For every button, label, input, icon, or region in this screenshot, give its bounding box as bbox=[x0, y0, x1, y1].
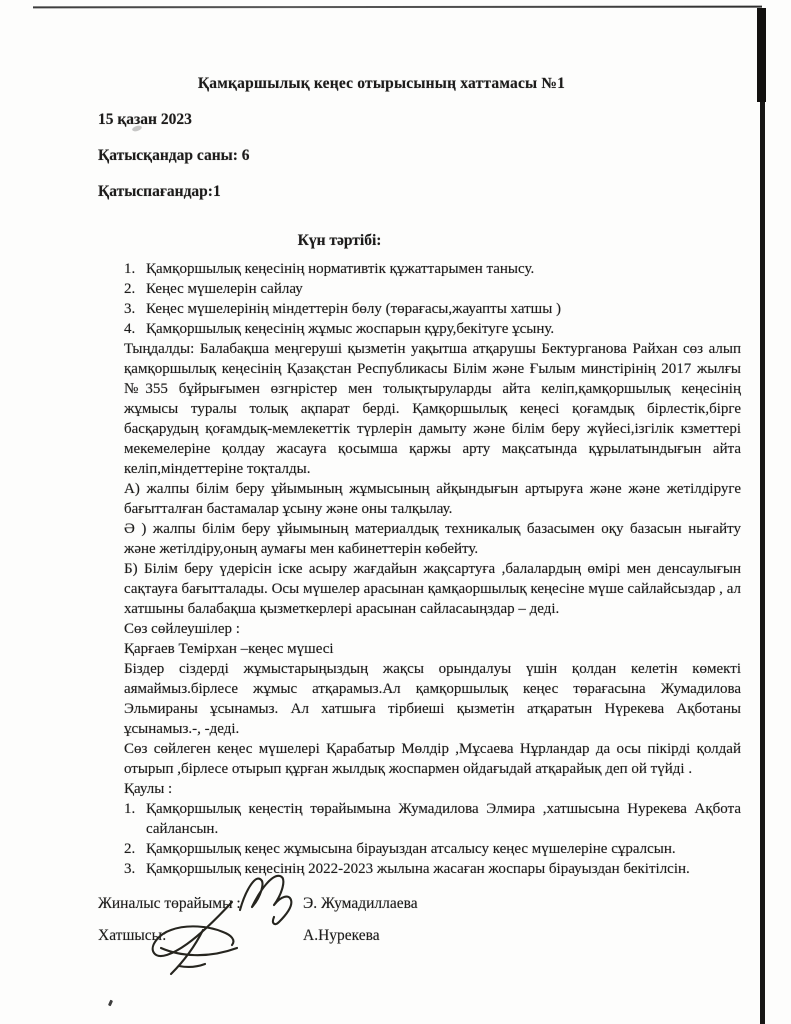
agenda-list: Қамқоршылық кеңесінің нормативтік құжатт… bbox=[124, 259, 741, 339]
secretary-signature bbox=[135, 896, 253, 976]
agenda-item: Қамқоршылық кеңесінің жұмыс жоспарын құр… bbox=[124, 319, 741, 339]
resolution-item: Қамқоршылық кеңестің төрайымына Жумадило… bbox=[124, 799, 741, 839]
chairperson-name: Э. Жумадиллаева bbox=[303, 894, 418, 914]
speakers-heading: Сөз сөйлеушілер : bbox=[124, 619, 741, 639]
agenda-item: Кеңес мүшелерін сайлау bbox=[124, 279, 741, 299]
absentees-count-line: Қатыспағандар:1 bbox=[98, 182, 741, 202]
agenda-heading: Күн тәртібі: bbox=[18, 231, 661, 251]
point-b-paragraph: Б) Білім беру үдерісін іске асыру жағдай… bbox=[124, 559, 741, 619]
resolution-heading: Қаулы : bbox=[124, 779, 741, 799]
resolution-item: Қамқоршылық кеңес жұмысына бірауыздан ат… bbox=[124, 839, 741, 859]
speaker-name-line: Қарғаев Темірхан –кеңес мүшесі bbox=[124, 639, 741, 659]
agenda-item: Қамқоршылық кеңесінің нормативтік құжатт… bbox=[124, 259, 741, 279]
date-line: 15 қазан 2023 bbox=[98, 110, 741, 130]
members-opinion-paragraph: Сөз сөйлеген кеңес мүшелері Қарабатыр Мө… bbox=[124, 739, 741, 779]
participants-count-line: Қатысқандар саны: 6 bbox=[98, 146, 741, 166]
signature-block: Жиналыс төрайымы : Э. Жумадиллаева Хатшы… bbox=[98, 890, 741, 958]
point-a2-paragraph: Ә ) жалпы білім беру ұйымының материалды… bbox=[124, 519, 741, 559]
document-content: Қамқаршылық кеңес отырысының хаттамасы №… bbox=[0, 0, 791, 1024]
agenda-item: Кеңес мүшелерінің міндеттерін бөлу (төра… bbox=[124, 299, 741, 319]
scanned-document-page: Қамқаршылық кеңес отырысының хаттамасы №… bbox=[0, 0, 791, 1024]
listened-paragraph: Тыңдалды: Балабақша меңгеруші қызметін у… bbox=[124, 339, 741, 479]
secretary-name: А.Нурекева bbox=[303, 926, 380, 946]
resolution-item: Қамқоршылық кеңесінің 2022-2023 жылына ж… bbox=[124, 859, 741, 879]
secretary-signature-row: Хатшысы: А.Нурекева bbox=[98, 922, 741, 958]
speaker-speech-paragraph: Біздер сіздерді жұмыстарыңыздың жақсы ор… bbox=[124, 659, 741, 739]
document-title: Қамқаршылық кеңес отырысының хаттамасы №… bbox=[60, 74, 703, 94]
point-a-paragraph: А) жалпы білім беру ұйымының жұмысының а… bbox=[124, 479, 741, 519]
resolution-list: Қамқоршылық кеңестің төрайымына Жумадило… bbox=[124, 799, 741, 879]
